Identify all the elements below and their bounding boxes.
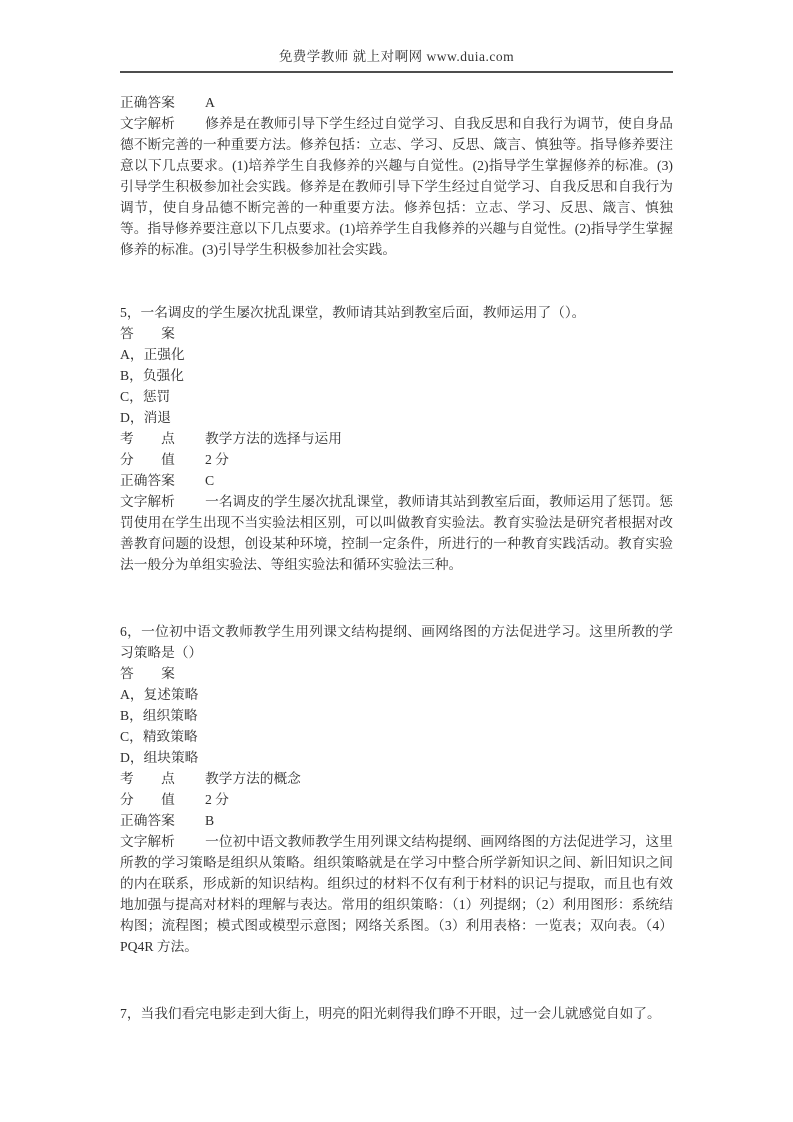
question-stem: 7，当我们看完电影走到大街上，明亮的阳光刺得我们睁不开眼，过一会儿就感觉自如了。 xyxy=(120,1003,673,1024)
correct-answer-value: C xyxy=(205,473,214,488)
exam-point-label: 考 点 xyxy=(120,768,205,789)
score-row: 分 值2 分 xyxy=(120,789,673,810)
exam-point-value: 教学方法的选择与运用 xyxy=(205,431,342,446)
answer-header: 答 案 xyxy=(120,663,673,684)
correct-answer-label: 正确答案 xyxy=(120,92,205,113)
option-d: D，组块策略 xyxy=(120,747,673,768)
analysis-label: 文字解析 xyxy=(120,831,205,852)
exam-point-label: 考 点 xyxy=(120,428,205,449)
question-5-block: 5，一名调皮的学生屡次扰乱课堂，教师请其站到教室后面，教师运用了（）。 答 案 … xyxy=(120,302,673,575)
correct-answer-row: 正确答案C xyxy=(120,470,673,491)
analysis-paragraph: 文字解析修养是在教师引导下学生经过自觉学习、自我反思和自我行为调节，使自身品德不… xyxy=(120,113,673,260)
option-c: C，惩罚 xyxy=(120,386,673,407)
correct-answer-value: A xyxy=(205,95,215,110)
option-a: A，正强化 xyxy=(120,344,673,365)
score-label: 分 值 xyxy=(120,789,205,810)
option-c: C，精致策略 xyxy=(120,726,673,747)
analysis-paragraph: 文字解析一名调皮的学生屡次扰乱课堂，教师请其站到教室后面，教师运用了惩罚。惩罚使… xyxy=(120,491,673,575)
exam-point-row: 考 点教学方法的概念 xyxy=(120,768,673,789)
option-a: A，复述策略 xyxy=(120,684,673,705)
correct-answer-value: B xyxy=(205,813,214,828)
question-7-block: 7，当我们看完电影走到大街上，明亮的阳光刺得我们睁不开眼，过一会儿就感觉自如了。 xyxy=(120,1003,673,1024)
option-b: B，负强化 xyxy=(120,365,673,386)
score-value: 2 分 xyxy=(205,452,229,467)
correct-answer-label: 正确答案 xyxy=(120,810,205,831)
document-page: 免费学教师 就上对啊网 www.duia.com 正确答案A 文字解析修养是在教… xyxy=(0,0,793,1122)
option-b: B，组织策略 xyxy=(120,705,673,726)
answer-header: 答 案 xyxy=(120,323,673,344)
header-promo-text: 免费学教师 就上对啊网 www.duia.com xyxy=(120,48,673,66)
correct-answer-row: 正确答案B xyxy=(120,810,673,831)
score-row: 分 值2 分 xyxy=(120,449,673,470)
correct-answer-row: 正确答案A xyxy=(120,92,673,113)
score-label: 分 值 xyxy=(120,449,205,470)
analysis-paragraph: 文字解析一位初中语文教师教学生用列课文结构提纲、画网络图的方法促进学习，这里所教… xyxy=(120,831,673,957)
analysis-text: 修养是在教师引导下学生经过自觉学习、自我反思和自我行为调节，使自身品德不断完善的… xyxy=(120,116,673,257)
score-value: 2 分 xyxy=(205,792,229,807)
question-stem: 5，一名调皮的学生屡次扰乱课堂，教师请其站到教室后面，教师运用了（）。 xyxy=(120,302,673,323)
page-header: 免费学教师 就上对啊网 www.duia.com xyxy=(120,0,673,73)
analysis-label: 文字解析 xyxy=(120,113,205,134)
question-6-block: 6，一位初中语文教师教学生用列课文结构提纲、画网络图的方法促进学习。这里所教的学… xyxy=(120,621,673,957)
exam-point-value: 教学方法的概念 xyxy=(205,771,301,786)
analysis-label: 文字解析 xyxy=(120,491,205,512)
question-4-result-block: 正确答案A 文字解析修养是在教师引导下学生经过自觉学习、自我反思和自我行为调节，… xyxy=(120,92,673,260)
option-d: D，消退 xyxy=(120,407,673,428)
correct-answer-label: 正确答案 xyxy=(120,470,205,491)
exam-point-row: 考 点教学方法的选择与运用 xyxy=(120,428,673,449)
analysis-text: 一位初中语文教师教学生用列课文结构提纲、画网络图的方法促进学习，这里所教的学习策… xyxy=(120,834,673,954)
document-content: 正确答案A 文字解析修养是在教师引导下学生经过自觉学习、自我反思和自我行为调节，… xyxy=(120,92,673,1024)
header-divider xyxy=(120,71,673,73)
question-stem: 6，一位初中语文教师教学生用列课文结构提纲、画网络图的方法促进学习。这里所教的学… xyxy=(120,621,673,663)
